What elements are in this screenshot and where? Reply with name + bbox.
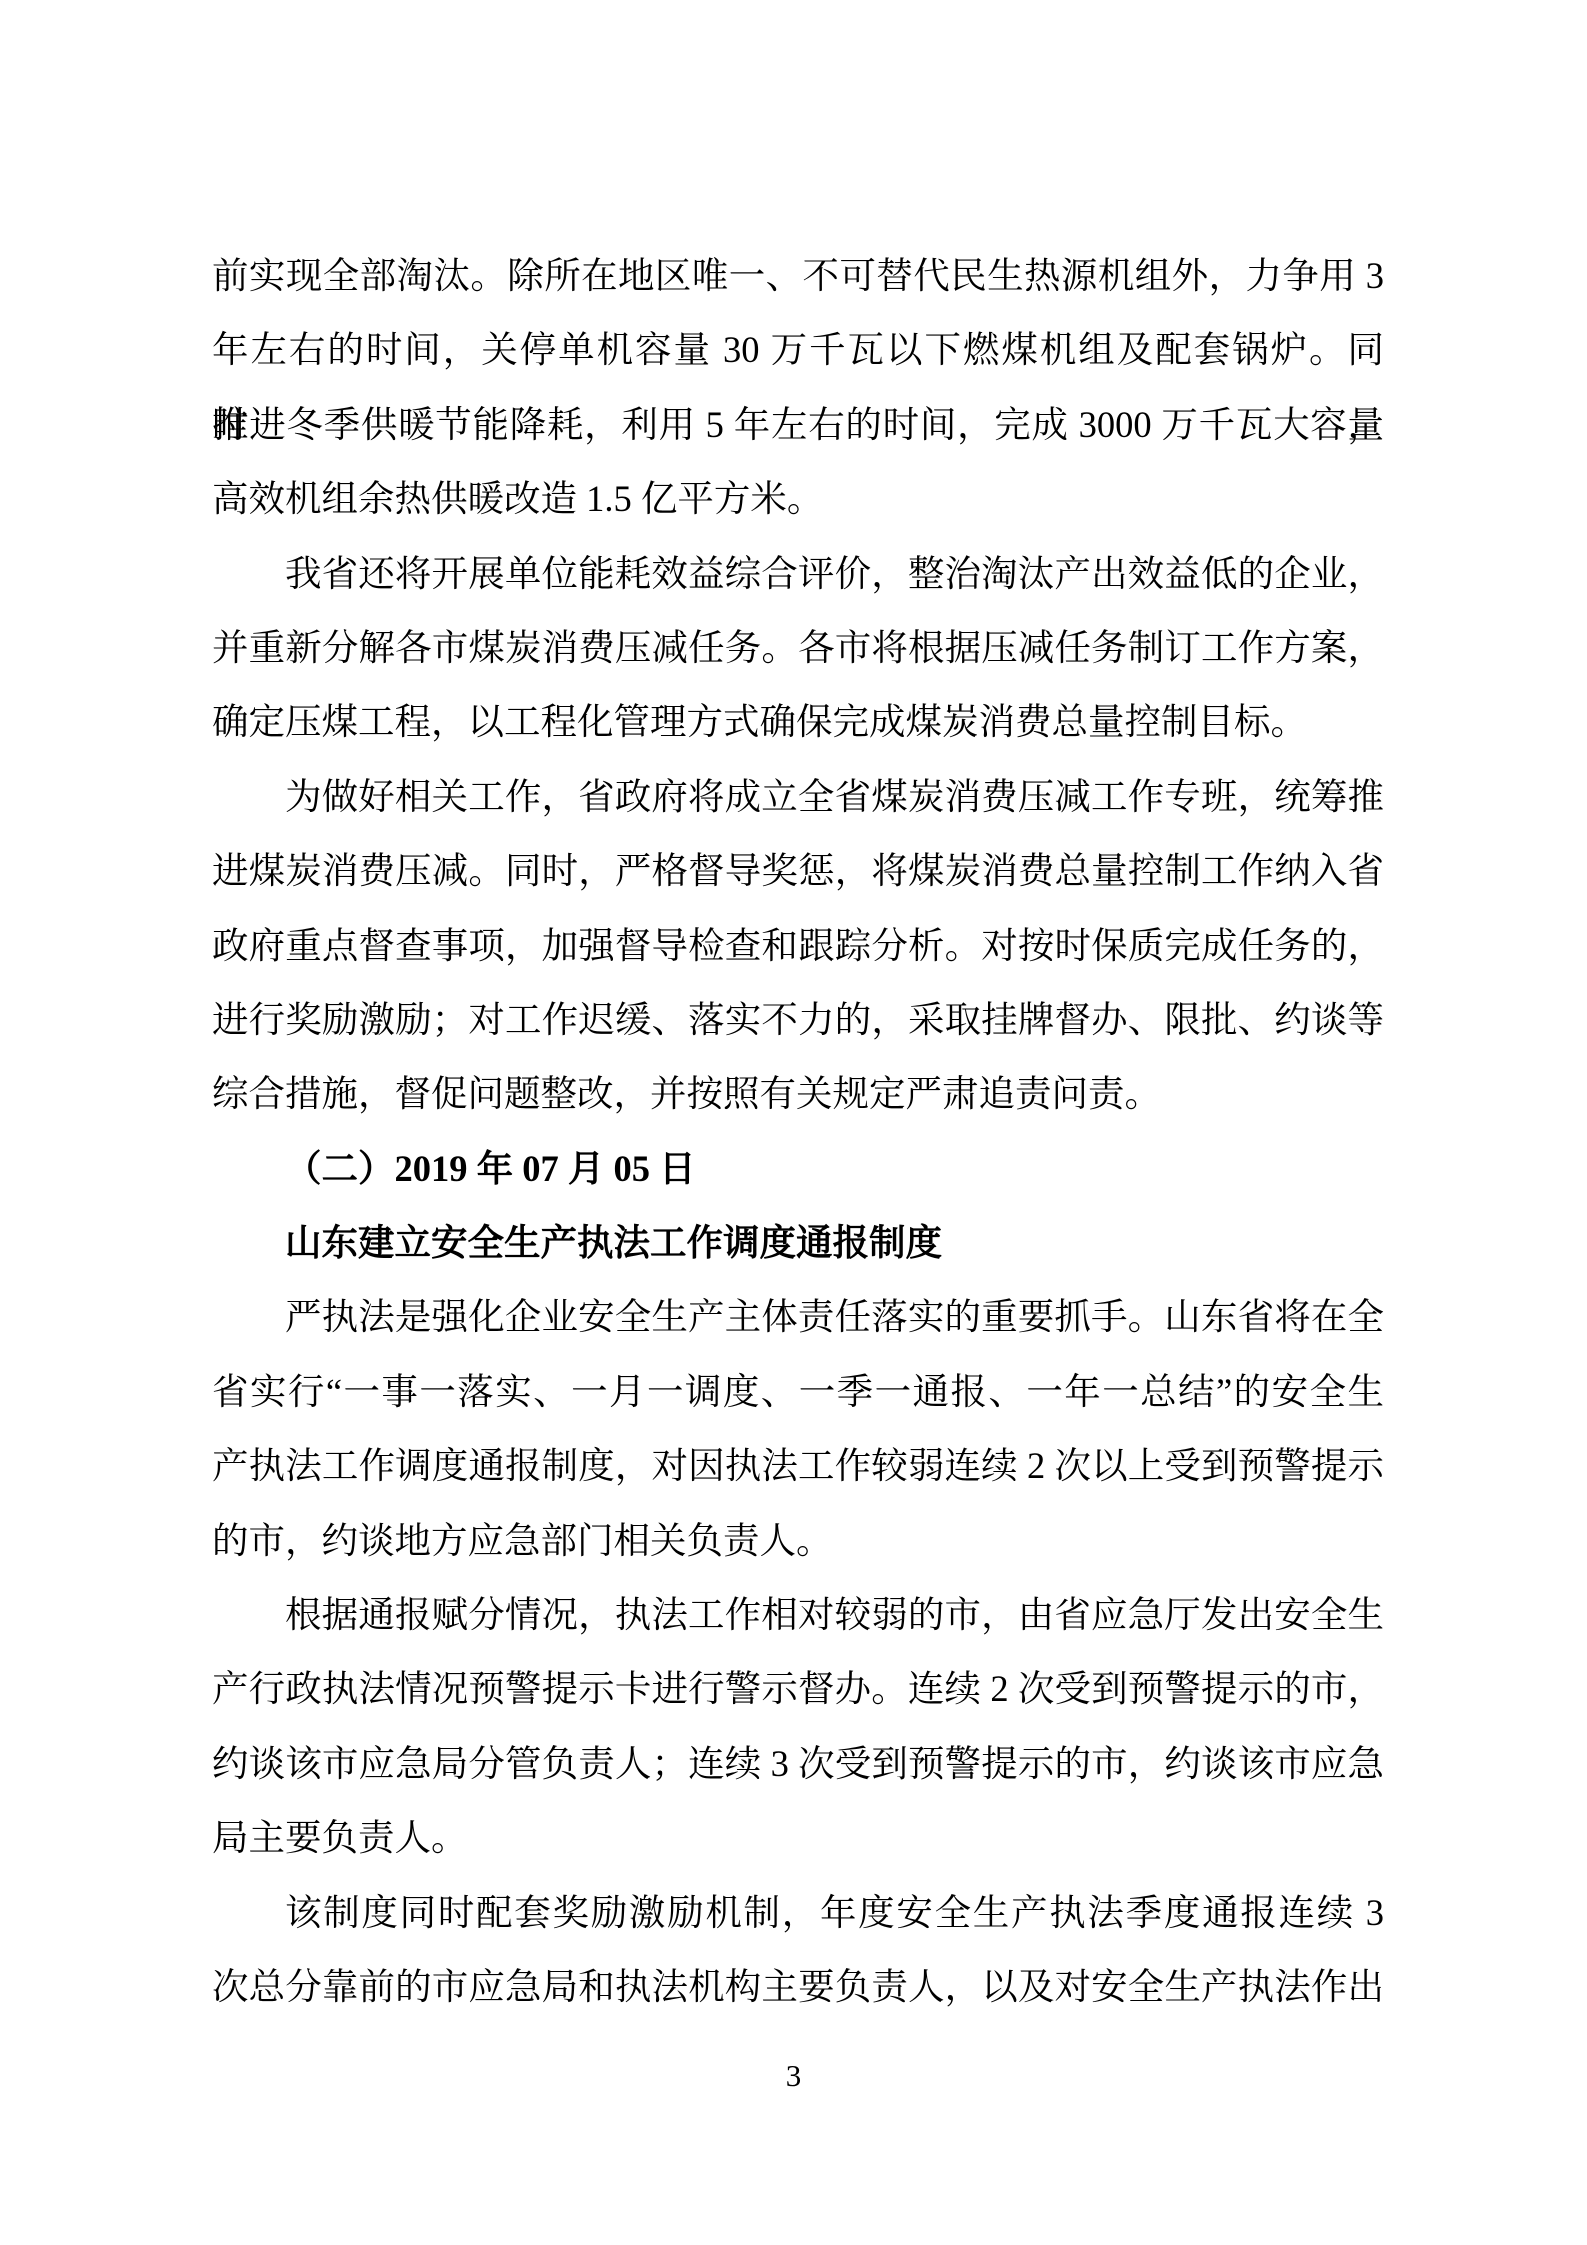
text-line: 严执法是强化企业安全生产主体责任落实的重要抓手。山东省将在全 (212, 1280, 1384, 1354)
text-line: 进行奖励激励；对工作迟缓、落实不力的，采取挂牌督办、限批、约谈等 (212, 983, 1384, 1057)
document-page: 前实现全部淘汰。除所在地区唯一、不可替代民生热源机组外，力争用 3年左右的时间，… (0, 0, 1587, 2245)
text-line: 产行政执法情况预警提示卡进行警示督办。连续 2 次受到预警提示的市， (212, 1652, 1384, 1726)
page-number: 3 (0, 2056, 1587, 2096)
text-line: 局主要负责人。 (212, 1801, 1384, 1875)
text-line: 前实现全部淘汰。除所在地区唯一、不可替代民生热源机组外，力争用 3 (212, 239, 1384, 313)
text-line: 政府重点督查事项，加强督导检查和跟踪分析。对按时保质完成任务的， (212, 909, 1384, 983)
text-line: 高效机组余热供暖改造 1.5 亿平方米。 (212, 462, 1384, 536)
text-line: 次总分靠前的市应急局和执法机构主要负责人，以及对安全生产执法作出 (212, 1950, 1384, 2024)
text-line: 年左右的时间，关停单机容量 30 万千瓦以下燃煤机组及配套锅炉。同时， (212, 313, 1384, 387)
text-line: 综合措施，督促问题整改，并按照有关规定严肃追责问责。 (212, 1057, 1384, 1131)
text-line: 的市，约谈地方应急部门相关负责人。 (212, 1504, 1384, 1578)
text-line: 为做好相关工作，省政府将成立全省煤炭消费压减工作专班，统筹推 (212, 760, 1384, 834)
document-body: 前实现全部淘汰。除所在地区唯一、不可替代民生热源机组外，力争用 3年左右的时间，… (212, 239, 1384, 2024)
text-line: 约谈该市应急局分管负责人；连续 3 次受到预警提示的市，约谈该市应急 (212, 1727, 1384, 1801)
text-line: 省实行“一事一落实、一月一调度、一季一通报、一年一总结”的安全生 (212, 1355, 1384, 1429)
text-line: 产执法工作调度通报制度，对因执法工作较弱连续 2 次以上受到预警提示 (212, 1429, 1384, 1503)
text-line: 我省还将开展单位能耗效益综合评价，整治淘汰产出效益低的企业， (212, 537, 1384, 611)
text-line: 该制度同时配套奖励激励机制，年度安全生产执法季度通报连续 3 (212, 1876, 1384, 1950)
text-line: 确定压煤工程，以工程化管理方式确保完成煤炭消费总量控制目标。 (212, 685, 1384, 759)
text-line: 进煤炭消费压减。同时，严格督导奖惩，将煤炭消费总量控制工作纳入省 (212, 834, 1384, 908)
text-line: 并重新分解各市煤炭消费压减任务。各市将根据压减任务制订工作方案， (212, 611, 1384, 685)
text-line: 推进冬季供暖节能降耗，利用 5 年左右的时间，完成 3000 万千瓦大容量 (212, 388, 1384, 462)
heading-line: 山东建立安全生产执法工作调度通报制度 (212, 1206, 1384, 1280)
text-line: 根据通报赋分情况，执法工作相对较弱的市，由省应急厅发出安全生 (212, 1578, 1384, 1652)
heading-line: （二）2019 年 07 月 05 日 (212, 1132, 1384, 1206)
